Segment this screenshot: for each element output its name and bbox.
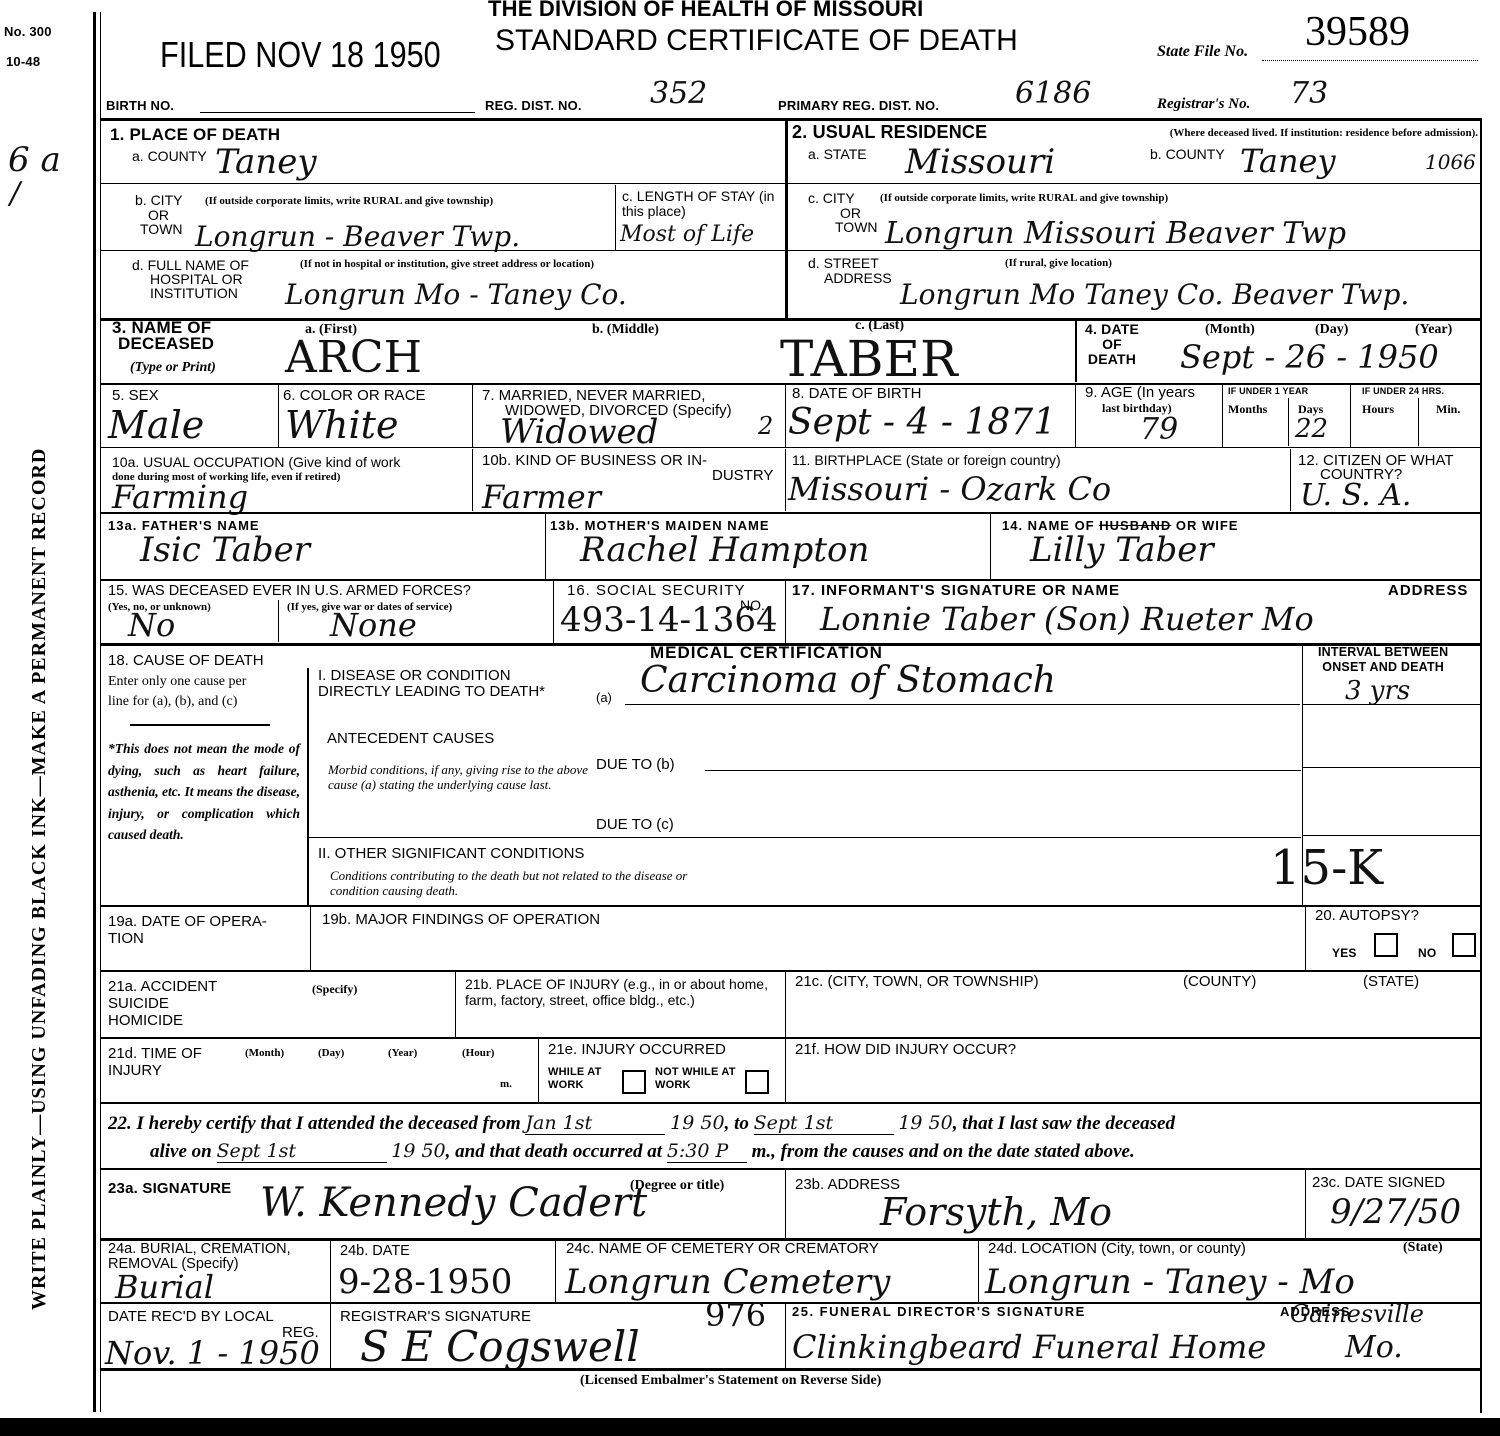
due-c-label: DUE TO (c) [596, 816, 674, 833]
rule [787, 250, 1480, 251]
birthplace-label: 11. BIRTHPLACE (State or foreign country… [792, 452, 1061, 468]
residence-county-value: Taney [1240, 142, 1336, 180]
spouse-value: Lilly Taber [1030, 530, 1214, 570]
rule [101, 1037, 1481, 1039]
age-years-value: 79 [1140, 412, 1178, 447]
header-divider [101, 118, 1481, 121]
date-of-birth-value: Sept - 4 - 1871 [788, 402, 1056, 443]
rule [101, 1102, 1481, 1104]
side-instruction: WRITE PLAINLY—USING UNFADING BLACK INK—M… [28, 448, 51, 1310]
city-label: b. CITY [135, 192, 182, 208]
form-title: STANDARD CERTIFICATE OF DEATH [495, 24, 1018, 58]
part1-label-1: I. DISEASE OR CONDITION [318, 668, 545, 684]
certify-text-3: , and that death occurred at [446, 1141, 662, 1162]
rule [330, 1304, 331, 1368]
date-received-label: DATE REC'D BY LOCAL [108, 1308, 274, 1325]
not-while-work-checkbox[interactable] [745, 1070, 769, 1094]
findings-label: 19b. MAJOR FINDINGS OF OPERATION [322, 911, 600, 928]
certify-text-1: 22. I hereby certify that I attended the… [108, 1113, 521, 1134]
operation-date-label: 19a. DATE OF OPERA- TION [108, 913, 298, 947]
rule [785, 385, 786, 447]
min-label: Min. [1436, 402, 1460, 417]
place-county-value: Taney [215, 142, 317, 182]
residence-county-code: 1066 [1425, 150, 1476, 174]
rule [101, 1168, 1481, 1170]
interval-a-value: 3 yrs [1345, 676, 1410, 706]
hours-label: Hours [1362, 402, 1394, 417]
rule [787, 183, 1480, 184]
scan-bottom-edge [0, 1418, 1500, 1436]
part1-label: I. DISEASE OR CONDITION DIRECTLY LEADING… [318, 668, 545, 700]
residence-city-label: c. CITY [808, 190, 855, 206]
registrar-mark: 976 [705, 1296, 766, 1334]
alive-on-label: alive on [150, 1141, 212, 1162]
interval-label: INTERVAL BETWEEN ONSET AND DEATH [1318, 645, 1448, 675]
residence-state-value: Missouri [905, 142, 1055, 182]
business-label-2: DUSTRY [712, 467, 773, 484]
rule [1418, 398, 1419, 446]
name-heading: 3. NAME OF DECEASED [112, 320, 214, 352]
residence-county-label: b. COUNTY [1150, 146, 1225, 162]
date-received-value: Nov. 1 - 1950 [105, 1334, 320, 1372]
date-signed-label: 23c. DATE SIGNED [1312, 1174, 1445, 1191]
time-col-month: (Month) [245, 1047, 284, 1059]
attended-from-year: 19 50 [670, 1112, 724, 1134]
residence-city-town: TOWN [835, 219, 878, 235]
ssn-label: 16. SOCIAL SECURITY [567, 582, 746, 599]
rule [472, 449, 473, 511]
dod-label-1: 4. DATE [1085, 322, 1139, 337]
rule [785, 449, 786, 511]
marital-mark: 2 [758, 412, 773, 440]
section-divider [101, 1368, 1481, 1371]
autopsy-yes-checkbox[interactable] [1374, 933, 1398, 957]
accident-specify-label: (Specify) [312, 982, 357, 997]
burial-state-label: (State) [1403, 1240, 1443, 1256]
section-divider [101, 318, 1481, 321]
burial-date-value: 9-28-1950 [338, 1262, 512, 1302]
certify-line-1: 22. I hereby certify that I attended the… [108, 1112, 1175, 1135]
rule [1303, 704, 1480, 705]
hospital-label-3: INSTITUTION [150, 285, 238, 301]
time-m-label: m. [500, 1078, 512, 1090]
sex-label: 5. SEX [112, 387, 159, 404]
while-work-checkbox[interactable] [622, 1070, 646, 1094]
father-value: Isic Taber [140, 530, 310, 570]
state-file-number: 39589 [1305, 8, 1410, 56]
injury-state-label: (STATE) [1363, 973, 1419, 990]
race-label: 6. COLOR OR RACE [283, 387, 426, 404]
agency-name: THE DIVISION OF HEALTH OF MISSOURI [488, 0, 923, 22]
reg-dist-label: REG. DIST. NO. [485, 98, 582, 113]
funeral-address-state: Mo. [1345, 1330, 1403, 1365]
rule [455, 972, 456, 1037]
reg-dist-number: 352 [650, 76, 707, 111]
citizen-value: U. S. A. [1300, 478, 1411, 513]
hospital-note: (If not in hospital or institution, give… [300, 258, 594, 270]
interval-label-2: ONSET AND DEATH [1318, 660, 1448, 675]
right-border [1480, 118, 1482, 1413]
time-col-hour: (Hour) [462, 1047, 494, 1059]
rule [1075, 320, 1077, 382]
rule [785, 1304, 786, 1368]
rule [307, 668, 309, 905]
street-value: Longrun Mo Taney Co. Beaver Twp. [900, 278, 1409, 311]
rule [330, 1240, 331, 1302]
usual-residence-heading: 2. USUAL RESIDENCE [792, 122, 987, 143]
antecedent-label: ANTECEDENT CAUSES [327, 730, 494, 747]
street-label-2: ADDRESS [824, 270, 892, 286]
mother-value: Rachel Hampton [580, 530, 869, 570]
dod-month-label: (Month) [1205, 322, 1255, 338]
due-b-label: DUE TO (b) [596, 756, 675, 773]
margin-note: 6 a [8, 140, 61, 180]
middle-name-label: b. (Middle) [592, 322, 659, 338]
death-time-value: 5:30 P [667, 1140, 747, 1163]
to-label: , to [725, 1113, 749, 1134]
time-col-year: (Year) [388, 1047, 417, 1059]
filed-stamp: FILED NOV 18 1950 [160, 34, 441, 76]
line-a-label: (a) [596, 690, 612, 705]
street-note: (If rural, give location) [1005, 257, 1112, 269]
funeral-address-value: Gainesville [1290, 1300, 1424, 1328]
form-footer: (Licensed Embalmer's Statement on Revers… [580, 1373, 881, 1389]
street-label: d. STREET [808, 255, 879, 271]
rule [101, 579, 1481, 581]
accident-label: 21a. ACCIDENT SUICIDE HOMICIDE [108, 978, 228, 1029]
birth-no-field[interactable] [200, 112, 475, 113]
rule [472, 385, 473, 447]
dod-year-label: (Year) [1415, 322, 1452, 338]
residence-city-note: (If outside corporate limits, write RURA… [880, 192, 1168, 204]
cause-c-field[interactable] [308, 837, 1301, 838]
alive-on-year: 19 50 [391, 1140, 445, 1162]
registrar-number: 73 [1290, 76, 1328, 111]
business-label: 10b. KIND OF BUSINESS OR IN- [482, 452, 707, 469]
cause-b-field[interactable] [705, 770, 1301, 771]
rule [1288, 398, 1289, 446]
usual-residence-note: (Where deceased lived. If institution: r… [1060, 126, 1478, 140]
rule [101, 183, 785, 184]
rule [785, 581, 786, 643]
city-note: (If outside corporate limits, write RURA… [205, 195, 605, 207]
cause-a-value: Carcinoma of Stomach [640, 660, 1056, 701]
burial-location-value: Longrun - Taney - Mo [985, 1262, 1355, 1302]
signature-label: 23a. SIGNATURE [108, 1180, 231, 1197]
rule [615, 185, 616, 250]
rule [101, 447, 1481, 448]
rule [1303, 835, 1480, 836]
autopsy-no-checkbox[interactable] [1452, 933, 1476, 957]
attended-to-value: Sept 1st [754, 1112, 894, 1135]
cause-instruction: Enter only one cause per [108, 674, 246, 690]
age-days-value: 22 [1295, 414, 1328, 444]
while-work-label: WHILE AT WORK [548, 1066, 618, 1092]
rule [1290, 449, 1291, 511]
not-while-work-label: NOT WHILE AT WORK [655, 1066, 740, 1092]
marital-value: Widowed [500, 412, 658, 452]
dob-label: 8. DATE OF BIRTH [792, 385, 921, 402]
funeral-director-label: 25. FUNERAL DIRECTOR'S SIGNATURE [792, 1304, 1086, 1319]
left-border-inner [100, 12, 101, 1412]
ssn-value: 493-14-1364 [560, 600, 778, 640]
divider-1-2 [785, 120, 788, 318]
injury-city-label: 21c. (CITY, TOWN, OR TOWNSHIP) [795, 973, 1039, 990]
hospital-value: Longrun Mo - Taney Co. [285, 278, 627, 311]
rule [545, 514, 546, 579]
registrar-signature-value: S E Cogswell [360, 1322, 640, 1371]
attended-from-value: Jan 1st [525, 1112, 665, 1135]
cause-heading: 18. CAUSE OF DEATH [108, 652, 264, 669]
rule [553, 581, 554, 643]
rule [555, 1240, 556, 1302]
part2-label: II. OTHER SIGNIFICANT CONDITIONS [318, 845, 584, 862]
form-number: No. 300 [4, 24, 52, 39]
rule [101, 905, 1481, 907]
rule [101, 250, 785, 251]
physician-address-value: Forsyth, Mo [880, 1190, 1112, 1234]
informant-address-label: ADDRESS [1388, 582, 1468, 599]
occupation-label: 10a. USUAL OCCUPATION (Give kind of work [112, 454, 400, 470]
injury-county-label: (COUNTY) [1183, 973, 1256, 990]
registrar-no-label: Registrar's No. [1157, 96, 1250, 113]
sex-value: Male [108, 403, 204, 447]
rule [101, 970, 1481, 972]
dod-label-2: OF [1085, 337, 1139, 352]
under-day-label: IF UNDER 24 HRS. [1362, 386, 1444, 396]
rule [101, 383, 1481, 385]
last-name-value: TABER [780, 330, 958, 388]
autopsy-label: 20. AUTOPSY? [1315, 907, 1419, 924]
stay-value: Most of Life [620, 222, 754, 247]
cause-footnote: *This does not mean the mode of dying, s… [108, 738, 300, 846]
code-mark: 15-K [1270, 840, 1383, 896]
certify-text-4: m., from the causes and on the date stat… [752, 1141, 1135, 1162]
rule [990, 514, 991, 579]
place-city-value: Longrun - Beaver Twp. [195, 220, 520, 253]
rule [978, 1240, 979, 1302]
informant-value: Lonnie Taber (Son) Rueter Mo [820, 600, 1314, 638]
margin-note-mark: / [10, 176, 20, 211]
county-label: a. COUNTY [132, 148, 207, 164]
dod-day-label: (Day) [1315, 322, 1348, 338]
dod-label-3: DEATH [1085, 352, 1139, 367]
form-revision: 10-48 [6, 54, 40, 69]
date-signed-value: 9/27/50 [1330, 1192, 1461, 1232]
physician-signature: W. Kennedy Cadert [260, 1180, 647, 1226]
how-injury-label: 21f. HOW DID INJURY OCCUR? [795, 1041, 1016, 1058]
rule [1222, 385, 1223, 447]
rule [1303, 767, 1480, 768]
left-border [93, 12, 96, 1412]
occupation-value: Farming [112, 478, 248, 516]
name-heading-2: DECEASED [112, 336, 214, 352]
morbid-note: Morbid conditions, if any, giving rise t… [328, 762, 593, 792]
rule [278, 600, 279, 642]
birth-no-label: BIRTH NO. [106, 98, 174, 113]
degree-label: (Degree or title) [630, 1178, 724, 1194]
race-value: White [285, 403, 398, 447]
under-year-label: IF UNDER 1 YEAR [1228, 386, 1308, 396]
rule [278, 385, 279, 447]
first-name-value: ARCH [285, 332, 422, 383]
armed-service-value: None [330, 606, 417, 644]
state-file-line [1262, 60, 1478, 61]
armed-forces-label: 15. WAS DECEASED EVER IN U.S. ARMED FORC… [108, 583, 471, 599]
rule [101, 512, 1481, 514]
rule [625, 704, 1300, 705]
rule [1305, 1170, 1306, 1238]
birthplace-value: Missouri - Ozark Co [788, 470, 1111, 508]
time-col-day: (Day) [318, 1047, 344, 1059]
injury-occurred-label: 21e. INJURY OCCURRED [548, 1041, 726, 1058]
burial-date-label: 24b. DATE [340, 1243, 410, 1259]
residence-city-value: Longrun Missouri Beaver Twp [885, 216, 1346, 251]
funeral-director-value: Clinkingbeard Funeral Home [792, 1328, 1266, 1366]
certify-text-2: , that I last saw the deceased [953, 1113, 1175, 1134]
alive-on-value: Sept 1st [217, 1140, 387, 1163]
primary-reg-dist-label: PRIMARY REG. DIST. NO. [778, 98, 939, 113]
interval-label-1: INTERVAL BETWEEN [1318, 645, 1448, 660]
date-of-death-value: Sept - 26 - 1950 [1180, 338, 1439, 376]
months-label: Months [1228, 402, 1267, 417]
part2-note: Conditions contributing to the death but… [330, 868, 700, 898]
rule [1305, 907, 1306, 970]
cemetery-label: 24c. NAME OF CEMETERY OR CREMATORY [566, 1240, 879, 1257]
cause-instruction-2: line for (a), (b), and (c) [108, 694, 237, 710]
rule [310, 907, 311, 970]
business-value: Farmer [482, 478, 601, 516]
autopsy-no-label: NO [1418, 946, 1436, 960]
certify-line-2: alive on Sept 1st 19 50, and that death … [150, 1140, 1135, 1163]
time-injury-label: 21d. TIME OF INJURY [108, 1045, 218, 1079]
stay-label: c. LENGTH OF STAY (in this place) [622, 189, 782, 219]
rule [1350, 385, 1351, 447]
rule [785, 1170, 786, 1238]
city-label-town: TOWN [140, 221, 183, 237]
state-file-label: State File No. [1157, 43, 1248, 61]
autopsy-yes-label: YES [1332, 946, 1357, 960]
attended-to-year: 19 50 [898, 1112, 952, 1134]
informant-label: 17. INFORMANT'S SIGNATURE OR NAME [792, 582, 1120, 599]
rule [130, 724, 270, 726]
part1-label-2: DIRECTLY LEADING TO DEATH* [318, 684, 545, 700]
place-injury-label: 21b. PLACE OF INJURY (e.g., in or about … [465, 976, 785, 1008]
rule [1075, 385, 1076, 447]
burial-value: Burial [115, 1268, 214, 1306]
rule [538, 1039, 539, 1102]
rule [101, 1302, 1481, 1304]
age-label: 9. AGE (In years [1085, 384, 1195, 401]
name-type-note: (Type or Print) [130, 360, 216, 376]
residence-state-label: a. STATE [808, 146, 867, 162]
armed-forces-value: No [128, 606, 175, 644]
dod-label: 4. DATE OF DEATH [1085, 322, 1139, 367]
primary-reg-dist-number: 6186 [1015, 76, 1091, 111]
burial-location-label: 24d. LOCATION (City, town, or county) [988, 1240, 1246, 1257]
